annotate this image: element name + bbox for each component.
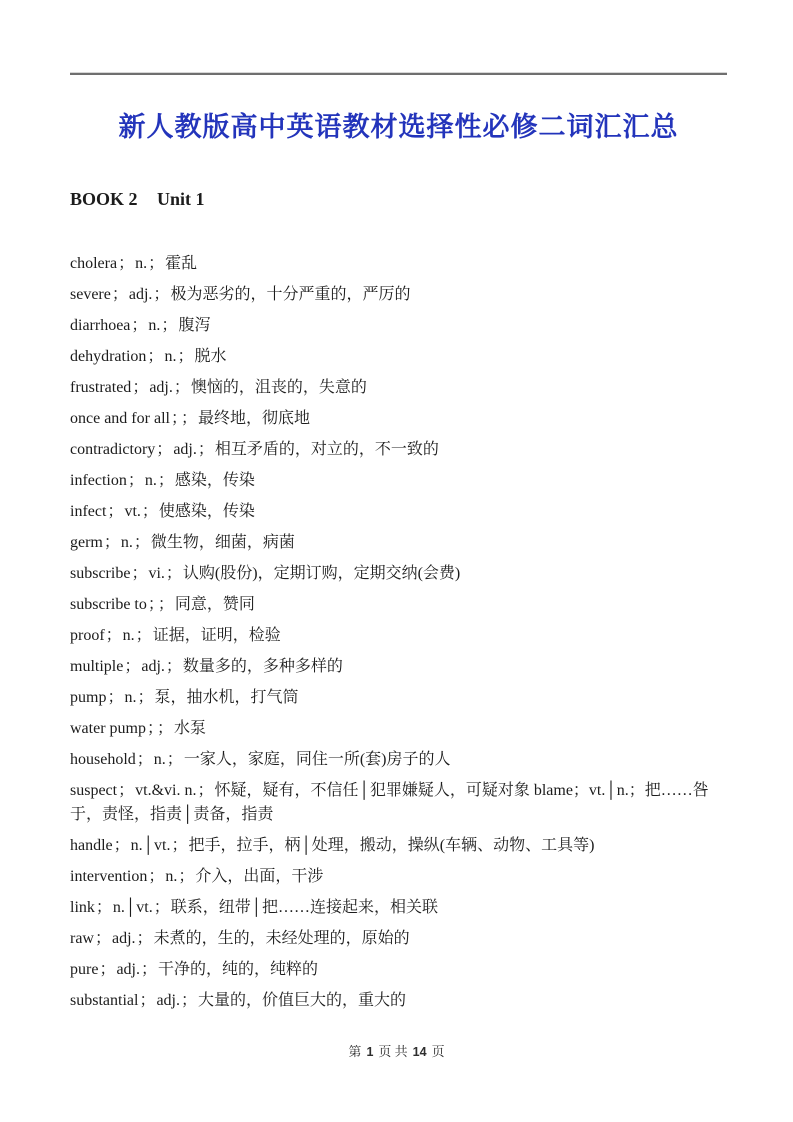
- vocab-word: multiple: [70, 658, 123, 675]
- vocab-word: severe: [70, 286, 111, 303]
- vocab-meaning: 一家人，家庭，同住一所(套)房子的人: [184, 751, 451, 768]
- vocab-pos: n.: [121, 534, 133, 551]
- vocab-meaning: 相互矛盾的，对立的，不一致的: [215, 441, 439, 458]
- separator: ；: [177, 348, 193, 365]
- vocab-entry: once and for all；；最终地，彻底地: [70, 407, 727, 431]
- separator: ；: [197, 782, 213, 799]
- vocab-word: infect: [70, 503, 106, 520]
- vocab-entry: household；n.；一家人，家庭，同住一所(套)房子的人: [70, 748, 727, 772]
- vocab-entry: raw；adj.；未煮的，生的，未经处理的，原始的: [70, 927, 727, 951]
- vocab-entry: contradictory；adj.；相互矛盾的，对立的，不一致的: [70, 438, 727, 462]
- vocab-word: intervention: [70, 868, 147, 885]
- separator: ；: [148, 596, 156, 613]
- separator: ；: [131, 565, 147, 582]
- separator: ；: [148, 868, 164, 885]
- separator: ；: [171, 837, 187, 854]
- vocab-entry: cholera；n.；霍乱: [70, 252, 727, 276]
- vocab-word: water pump: [70, 720, 146, 737]
- vocab-meaning: 干净的，纯的，纯粹的: [158, 961, 318, 978]
- vocab-meaning: 霍乱: [165, 255, 197, 272]
- footer-text-prefix: 第: [348, 1044, 361, 1059]
- separator: ；: [137, 689, 153, 706]
- separator: ；: [174, 379, 190, 396]
- vocab-meaning: 泵，抽水机，打气筒: [154, 689, 298, 706]
- section-heading: BOOK 2 Unit 1: [70, 189, 727, 210]
- footer-text-suffix: 页: [432, 1044, 445, 1059]
- vocab-word: household: [70, 751, 136, 768]
- separator: ；: [137, 751, 153, 768]
- vocabulary-list: cholera；n.；霍乱severe；adj.；极为恶劣的，十分严重的，严厉的…: [70, 252, 727, 1013]
- vocab-word: raw: [70, 930, 94, 947]
- separator: ；: [99, 961, 115, 978]
- separator: ；: [147, 720, 155, 737]
- vocab-meaning: 认购(股份)，定期订购，定期交纳(会费): [183, 565, 460, 582]
- vocab-word: pump: [70, 689, 106, 706]
- vocab-meaning: 极为恶劣的，十分严重的，严厉的: [170, 286, 410, 303]
- vocab-pos: adj.: [156, 992, 180, 1009]
- vocab-meaning: 证据，证明，检验: [153, 627, 281, 644]
- vocab-word: handle: [70, 837, 113, 854]
- vocab-entry: link；n.│vt.；联系，纽带│把……连接起来，相关联: [70, 896, 727, 920]
- vocab-pos: n.: [165, 868, 177, 885]
- page-footer: 第1页 共14页: [0, 1041, 793, 1060]
- vocab-entry: subscribe；vi.；认购(股份)，定期订购，定期交纳(会费): [70, 562, 727, 586]
- vocab-meaning: 大量的，价值巨大的，重大的: [198, 992, 406, 1009]
- vocab-word: contradictory: [70, 441, 155, 458]
- separator: ；: [153, 286, 169, 303]
- vocab-pos: n.: [154, 751, 166, 768]
- separator: ；: [148, 255, 164, 272]
- separator: ；: [167, 751, 183, 768]
- vocab-word: subscribe: [70, 565, 130, 582]
- vocab-entry: germ；n.；微生物，细菌，病菌: [70, 531, 727, 555]
- vocab-meaning: 联系，纽带│把……连接起来，相关联: [171, 899, 438, 916]
- separator: ；: [139, 992, 155, 1009]
- separator: ；: [178, 868, 194, 885]
- separator: ；: [158, 596, 174, 613]
- vocab-meaning: 同意，赞同: [175, 596, 255, 613]
- vocab-pos: n.: [135, 255, 147, 272]
- separator: ；: [154, 899, 170, 916]
- separator: ；: [198, 441, 214, 458]
- vocab-meaning: 介入，出面，干涉: [195, 868, 323, 885]
- vocab-meaning: 使感染，传染: [159, 503, 255, 520]
- separator: ；: [147, 348, 163, 365]
- vocab-pos: adj.: [173, 441, 197, 458]
- vocab-entry: multiple；adj.；数量多的，多种多样的: [70, 655, 727, 679]
- separator: ；: [124, 658, 140, 675]
- vocab-pos: vt.&vi. n.: [135, 782, 196, 799]
- vocab-pos: n.: [164, 348, 176, 365]
- vocab-word: germ: [70, 534, 103, 551]
- vocab-word: suspect: [70, 782, 117, 799]
- vocab-meaning: 腹泻: [178, 317, 210, 334]
- separator: ；: [156, 441, 172, 458]
- vocab-pos: n.: [124, 689, 136, 706]
- separator: ；: [118, 782, 134, 799]
- vocab-entry: diarrhoea；n.；腹泻: [70, 314, 727, 338]
- total-pages: 14: [413, 1045, 427, 1059]
- vocab-pos: adj.: [149, 379, 173, 396]
- vocab-pos: n.: [148, 317, 160, 334]
- vocab-entry: water pump；；水泵: [70, 717, 727, 741]
- separator: ；: [181, 992, 197, 1009]
- vocab-word: substantial: [70, 992, 138, 1009]
- separator: ；: [107, 503, 123, 520]
- vocab-word: frustrated: [70, 379, 131, 396]
- vocab-pos: adj.: [116, 961, 140, 978]
- vocab-meaning: 懊恼的，沮丧的，失意的: [191, 379, 367, 396]
- vocab-meaning: 未煮的，生的，未经处理的，原始的: [154, 930, 410, 947]
- vocab-meaning: 水泵: [174, 720, 206, 737]
- separator: ；: [157, 720, 173, 737]
- separator: ；: [112, 286, 128, 303]
- separator: ；: [158, 472, 174, 489]
- vocab-word: cholera: [70, 255, 117, 272]
- separator: ；: [171, 410, 179, 427]
- vocab-pos: n.│vt.: [113, 899, 153, 916]
- book-label: BOOK 2: [70, 189, 138, 209]
- separator: ；: [95, 930, 111, 947]
- vocab-entry: proof；n.；证据，证明，检验: [70, 624, 727, 648]
- vocab-word: proof: [70, 627, 105, 644]
- vocab-entry: intervention；n.；介入，出面，干涉: [70, 865, 727, 889]
- vocab-entry: handle；n.│vt.；把手，拉手，柄│处理，搬动，操纵(车辆、动物、工具等…: [70, 834, 727, 858]
- separator: ；: [96, 899, 112, 916]
- separator: ；: [132, 379, 148, 396]
- separator: ；: [166, 565, 182, 582]
- vocab-word: subscribe to: [70, 596, 147, 613]
- separator: ；: [181, 410, 197, 427]
- separator: ；: [104, 534, 120, 551]
- vocab-word: dehydration: [70, 348, 146, 365]
- vocab-word: once and for all: [70, 410, 170, 427]
- vocab-entry: dehydration；n.；脱水: [70, 345, 727, 369]
- separator: ；: [107, 689, 123, 706]
- vocab-word: link: [70, 899, 95, 916]
- vocab-pos: adj.: [129, 286, 153, 303]
- vocab-entry: frustrated；adj.；懊恼的，沮丧的，失意的: [70, 376, 727, 400]
- vocab-entry: infection；n.；感染，传染: [70, 469, 727, 493]
- vocab-entry: suspect；vt.&vi. n.；怀疑，疑有，不信任│犯罪嫌疑人，可疑对象 …: [70, 779, 727, 827]
- vocab-meaning: 数量多的，多种多样的: [183, 658, 343, 675]
- separator: ；: [106, 627, 122, 644]
- vocab-word: infection: [70, 472, 127, 489]
- vocab-entry: pump；n.；泵，抽水机，打气筒: [70, 686, 727, 710]
- separator: ；: [141, 961, 157, 978]
- vocab-pos: n.: [145, 472, 157, 489]
- vocab-meaning: 最终地，彻底地: [198, 410, 310, 427]
- separator: ；: [134, 534, 150, 551]
- vocab-meaning: 微生物，细菌，病菌: [151, 534, 295, 551]
- separator: ；: [142, 503, 158, 520]
- separator: ；: [161, 317, 177, 334]
- vocab-pos: adj.: [112, 930, 136, 947]
- vocab-entry: severe；adj.；极为恶劣的，十分严重的，严厉的: [70, 283, 727, 307]
- footer-text-infix: 页 共: [378, 1044, 407, 1059]
- vocab-entry: subscribe to；；同意，赞同: [70, 593, 727, 617]
- separator: ；: [118, 255, 134, 272]
- vocab-word: diarrhoea: [70, 317, 130, 334]
- separator: ；: [114, 837, 130, 854]
- separator: ；: [131, 317, 147, 334]
- separator: ；: [166, 658, 182, 675]
- separator: ；: [137, 930, 153, 947]
- vocab-pos: vt.: [124, 503, 140, 520]
- horizontal-rule: [70, 72, 727, 75]
- vocab-pos: vi.: [148, 565, 164, 582]
- document-page: 新人教版高中英语教材选择性必修二词汇汇总 BOOK 2 Unit 1 chole…: [0, 72, 793, 1013]
- vocab-pos: n.: [123, 627, 135, 644]
- vocab-entry: pure；adj.；干净的，纯的，纯粹的: [70, 958, 727, 982]
- page-number: 1: [366, 1045, 373, 1059]
- vocab-pos: n.│vt.: [131, 837, 171, 854]
- vocab-meaning: 感染，传染: [175, 472, 255, 489]
- separator: ；: [128, 472, 144, 489]
- vocab-meaning: 把手，拉手，柄│处理，搬动，操纵(车辆、动物、工具等): [188, 837, 594, 854]
- vocab-entry: infect；vt.；使感染，传染: [70, 500, 727, 524]
- page-title: 新人教版高中英语教材选择性必修二词汇汇总: [70, 109, 727, 145]
- separator: ；: [136, 627, 152, 644]
- vocab-pos: adj.: [141, 658, 165, 675]
- vocab-entry: substantial；adj.；大量的，价值巨大的，重大的: [70, 989, 727, 1013]
- vocab-word: pure: [70, 961, 98, 978]
- unit-label: Unit 1: [157, 189, 205, 209]
- vocab-meaning: 脱水: [194, 348, 226, 365]
